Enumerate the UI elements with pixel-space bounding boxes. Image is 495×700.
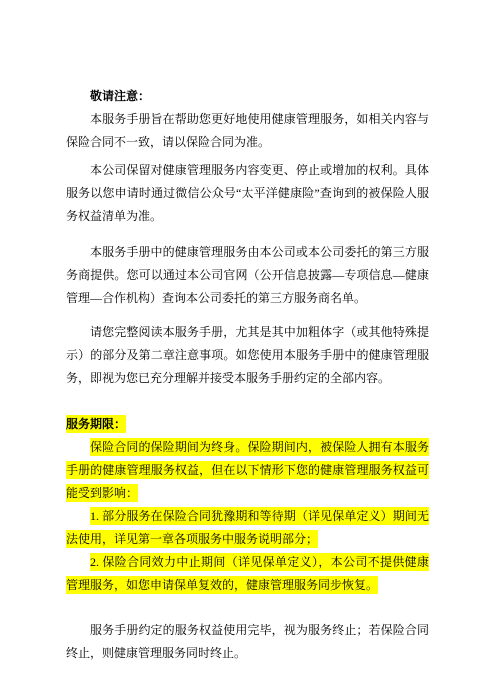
closing-paragraph: 服务手册约定的服务权益使用完毕，视为服务终止；若保险合同终止，则健康管理服务同时… [66,619,429,665]
service-term-item-2: 2. 保险合同效力中止期间（详见保单定义），本公司不提供健康管理服务，如您申请保… [66,551,429,597]
service-term-paragraph-1-highlight: 保险合同的保险期间为终身。保险期间内，被保险人拥有本服务手册的健康管理服务权益，… [66,438,429,502]
notice-paragraph-2: 本公司保留对健康管理服务内容变更、停止或增加的权利。具体服务以您申请时通过微信公… [66,159,429,228]
notice-paragraph-3: 本服务手册中的健康管理服务由本公司或本公司委托的第三方服务商提供。您可以通过本公… [66,241,429,310]
document-page: 敬请注意： 本服务手册旨在帮助您更好地使用健康管理服务，如相关内容与保险合同不一… [0,0,495,700]
notice-paragraph-4: 请您完整阅读本服务手册，尤其是其中加粗体字（或其他特殊提示）的部分及第二章注意事… [66,321,429,390]
service-term-heading: 服务期限： [66,413,429,436]
service-term-item-2-highlight: 2. 保险合同效力中止期间（详见保单定义），本公司不提供健康管理服务，如您申请保… [66,553,429,594]
service-term-paragraph-1: 保险合同的保险期间为终身。保险期间内，被保险人拥有本服务手册的健康管理服务权益，… [66,436,429,505]
service-term-heading-highlight: 服务期限： [66,415,126,433]
service-term-item-1: 1. 部分服务在保险合同犹豫期和等待期（详见保单定义）期间无法使用，详见第一章各… [66,505,429,551]
notice-heading: 敬请注意： [66,85,429,108]
service-term-item-1-highlight: 1. 部分服务在保险合同犹豫期和等待期（详见保单定义）期间无法使用，详见第一章各… [66,507,429,548]
notice-paragraph-1: 本服务手册旨在帮助您更好地使用健康管理服务，如相关内容与保险合同不一致，请以保险… [66,108,429,154]
